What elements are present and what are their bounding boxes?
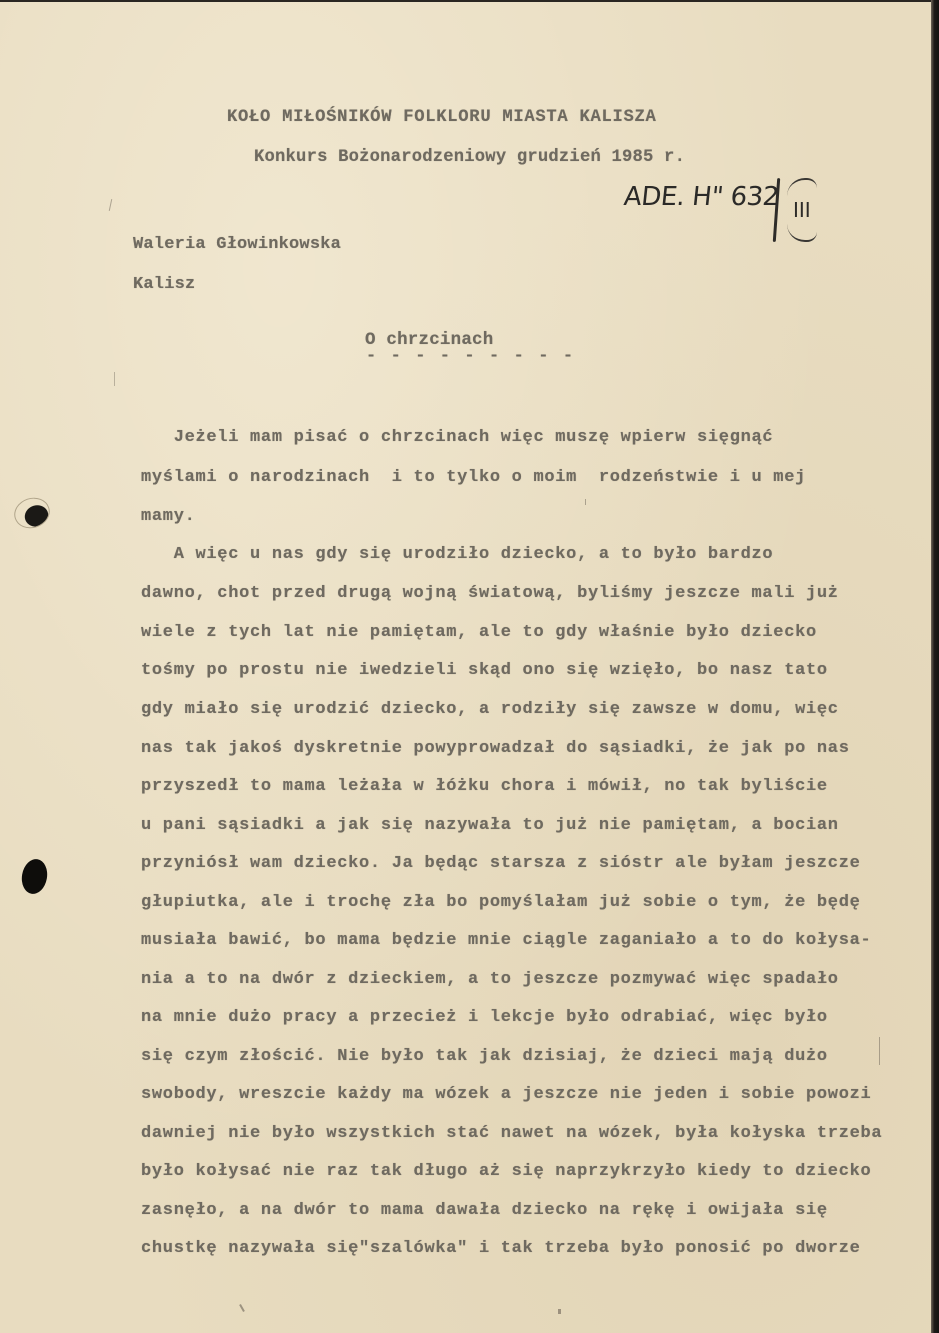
body-line: nas tak jakoś dyskretnie powyprowadzał d… xyxy=(141,739,850,758)
body-line: swobody, wreszcie każdy ma wózek a jeszc… xyxy=(141,1085,871,1104)
body-line: dawno, chot przed drugą wojną światową, … xyxy=(141,584,839,603)
body-line: wiele z tych lat nie pamiętam, ale to gd… xyxy=(141,623,817,642)
title-underline: - - - - - - - - - xyxy=(366,347,575,366)
contest-subheader: Konkurs Bożonarodzeniowy grudzień 1985 r… xyxy=(254,148,685,167)
paper-speck xyxy=(109,199,112,211)
body-line: się czym złościć. Nie było tak jak dzisi… xyxy=(141,1047,828,1066)
punch-hole-mark xyxy=(10,493,54,533)
paper-speck xyxy=(558,1309,561,1314)
body-line: nia a to na dwór z dzieckiem, a to jeszc… xyxy=(141,970,839,989)
body-line: zasnęło, a na dwór to mama dawała dzieck… xyxy=(141,1201,828,1220)
ink-dot-mark xyxy=(19,857,50,896)
archive-signature: ADE. H" 632 xyxy=(622,182,780,212)
body-line: dawniej nie było wszystkich stać nawet n… xyxy=(141,1124,882,1143)
paper-speck xyxy=(585,499,586,505)
paper-speck xyxy=(114,372,115,386)
body-line: na mnie dużo pracy a przecież i lekcje b… xyxy=(141,1008,828,1027)
body-line: tośmy po prostu nie iwedzieli skąd ono s… xyxy=(141,661,828,680)
body-line: przyszedł to mama leżała w łóżku chora i… xyxy=(141,777,828,796)
body-line: chustkę nazywała się"szalówka" i tak trz… xyxy=(141,1239,861,1258)
paper-speck xyxy=(239,1304,245,1312)
body-line: myślami o narodzinach i to tylko o moim … xyxy=(141,468,806,487)
organization-header: KOŁO MIŁOŚNIKÓW FOLKLORU MIASTA KALISZA xyxy=(227,108,657,127)
body-line: przyniósł wam dziecko. Ja będąc starsza … xyxy=(141,854,861,873)
body-line: było kołysać nie raz tak długo aż się na… xyxy=(141,1162,871,1181)
author-city: Kalisz xyxy=(133,275,195,294)
body-line: gdy miało się urodzić dziecko, a rodziły… xyxy=(141,700,839,719)
body-line: u pani sąsiadki a jak się nazywała to ju… xyxy=(141,816,839,835)
body-line: mamy. xyxy=(141,507,196,526)
archive-volume: III xyxy=(793,198,811,222)
body-line: musiała bawić, bo mama będzie mnie ciągl… xyxy=(141,931,871,950)
author-name: Waleria Głowinkowska xyxy=(133,235,341,254)
body-line: A więc u nas gdy się urodziło dziecko, a… xyxy=(141,545,773,564)
body-line: głupiutka, ale i trochę zła bo pomyślała… xyxy=(141,893,861,912)
paper-speck xyxy=(879,1037,880,1065)
body-line: Jeżeli mam pisać o chrzcinach więc muszę… xyxy=(141,428,773,447)
document-page: KOŁO MIŁOŚNIKÓW FOLKLORU MIASTA KALISZA … xyxy=(0,2,931,1333)
scan-edge xyxy=(931,0,939,1333)
